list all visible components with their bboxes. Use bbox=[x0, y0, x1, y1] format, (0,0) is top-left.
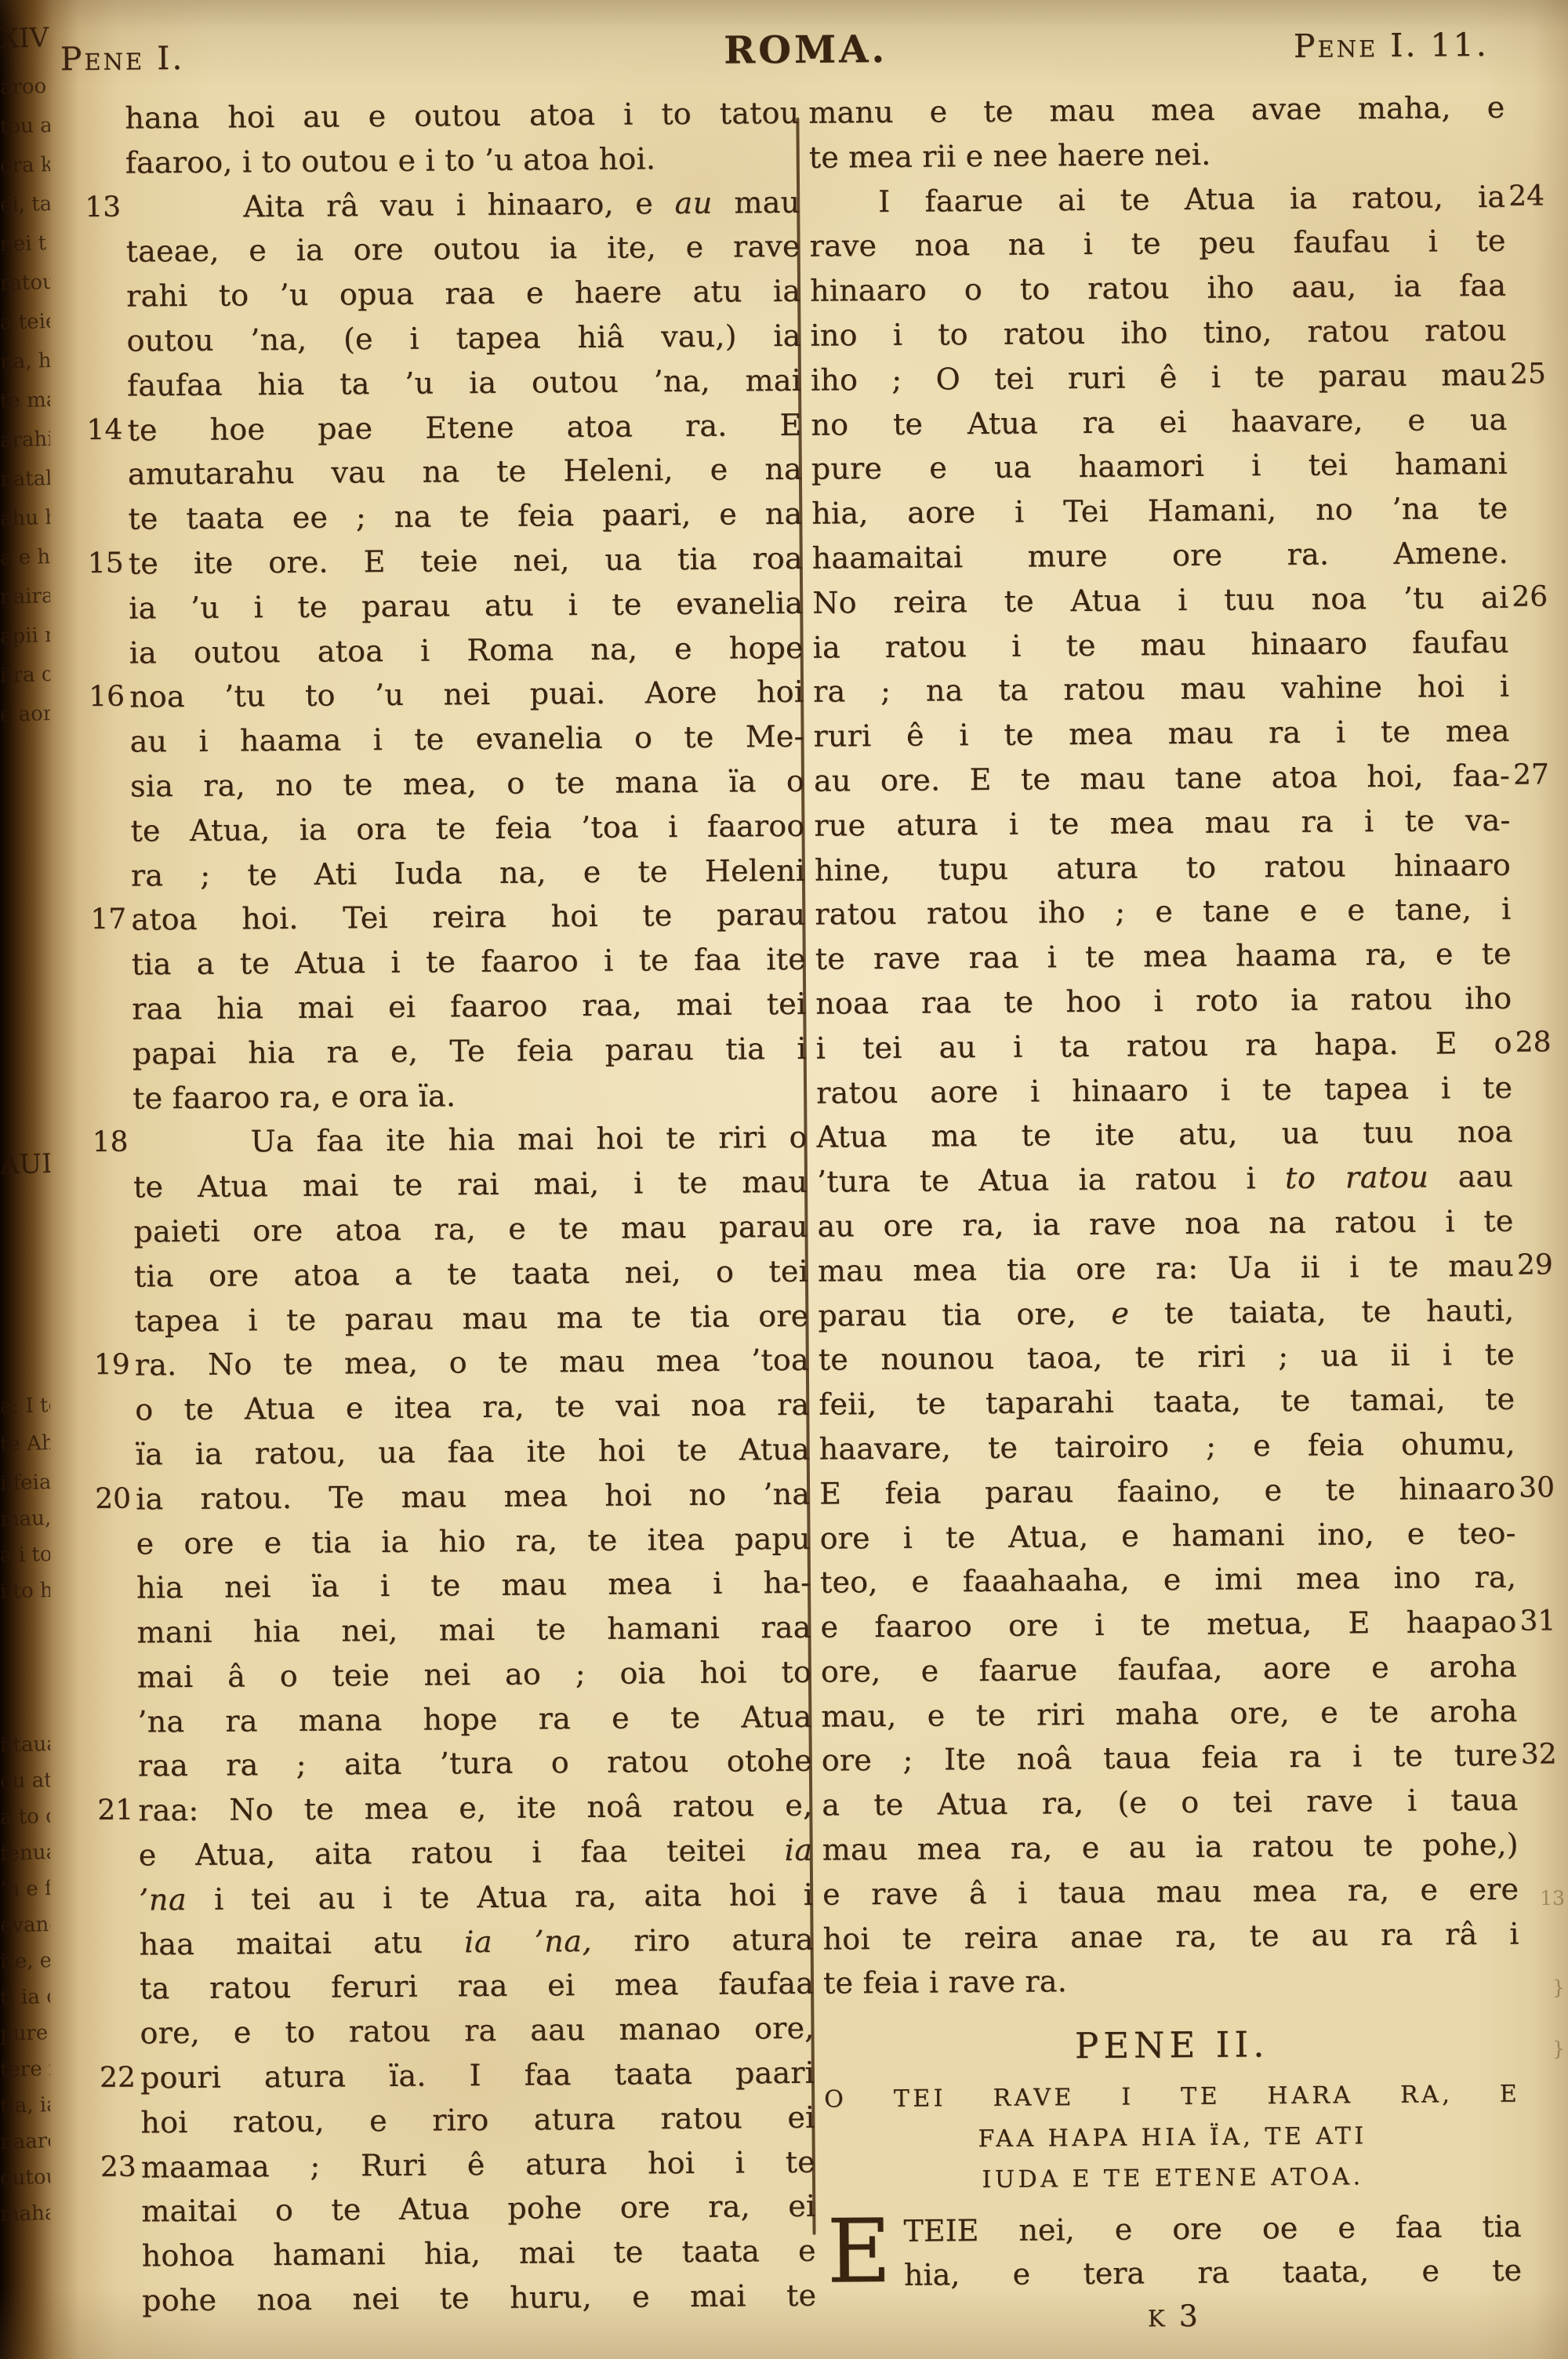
verse-line: au i haama i te evanelia o te Me- bbox=[129, 714, 804, 765]
verse-line: raa hia mai ei faaroo raa, mai tei bbox=[132, 982, 806, 1032]
verse-text: hinaaro o to ratou iho aau, ia faa bbox=[810, 264, 1506, 314]
verse-number: 29 bbox=[1517, 1243, 1564, 1288]
verse-text: o te Atua e itea ra, te vai noa ra bbox=[135, 1383, 809, 1433]
verse-line: taeae, e ia ore outou ia ite, e rave bbox=[125, 224, 800, 274]
verse-number: 28 bbox=[1515, 1020, 1562, 1065]
verse-line: hoi ratou, e riro atura ratou ei bbox=[140, 2095, 815, 2146]
verse-number: 23 bbox=[100, 2145, 140, 2190]
verse-line: hia nei ïa i te mau mea i ha- bbox=[136, 1561, 811, 1611]
verse-text: ia outou atoa i Roma na, e hope bbox=[129, 625, 803, 675]
verse-text: I faarue ai te Atua ia ratou, ia bbox=[809, 174, 1505, 224]
running-head-book-title: ROMA. bbox=[688, 27, 923, 73]
verse-line: ia ’u i te parau atu i te evanelia bbox=[129, 581, 803, 631]
verse-line: e Atua, aita ratou i faa teitei ia bbox=[139, 1828, 813, 1878]
verse-text: ra. No te mea, o te mau mea ’toa bbox=[135, 1338, 809, 1388]
verse-text: mai â o teie nei ao ; oia hoi to bbox=[137, 1650, 811, 1700]
verse-text: maitai o te Atua pohe ore ra, ei bbox=[141, 2184, 815, 2234]
verse-line: ia ratou i te mau hinaaro faufau bbox=[812, 620, 1508, 670]
verse-line: ratou aore i hinaaro i te tapea i te bbox=[816, 1065, 1512, 1115]
verse-text: haamaitai mure ore ra. Amene. bbox=[812, 531, 1508, 581]
verse-number: 32 bbox=[1521, 1733, 1568, 1778]
chapter-summary-line: O TEI RAVE I TE HARA RA, E bbox=[824, 2074, 1520, 2121]
verse-text: rave noa na i te peu faufau i te bbox=[809, 219, 1505, 269]
verse-text: te faaroo ra, e ora ïa. bbox=[132, 1070, 807, 1121]
verse-line: haamaitai mure ore ra. Amene. bbox=[812, 531, 1508, 581]
verse-line: outou ’na, (e i tapea hiâ vau,) ia bbox=[126, 314, 800, 364]
verse-text: te taata ee ; na te feia paari, e na bbox=[128, 492, 802, 542]
verse-text: ore ; Ite noâ taua feia ra i te ture bbox=[822, 1733, 1518, 1783]
verse-text: ratou ratou iho ; e tane e e tane, i bbox=[815, 887, 1511, 937]
verse-line: o te Atua e itea ra, te vai noa ra bbox=[135, 1383, 809, 1433]
verse-line: 29mau mea tia ore ra: Ua ii i te mau bbox=[818, 1243, 1514, 1293]
verse-text: te Atua mai te rai mai, i te mau bbox=[133, 1160, 808, 1210]
verse-text: hoi ratou, e riro atura ratou ei bbox=[140, 2095, 815, 2146]
verse-line: ïa ia ratou, ua faa ite hoi te Atua bbox=[136, 1427, 810, 1478]
verse-text: taeae, e ia ore outou ia ite, e rave bbox=[125, 224, 800, 274]
verse-text: mau mea ra, e au ia ratou te pohe,) bbox=[822, 1823, 1518, 1873]
verse-line: 27au ore. E te mau tane atoa hoi, faa- bbox=[814, 754, 1510, 804]
verse-line: te Atua mai te rai mai, i te mau bbox=[133, 1160, 808, 1210]
verse-text: ore, e faarue faufaa, aore e aroha bbox=[821, 1645, 1517, 1695]
verse-text: ore, e to ratou ra aau manao ore, bbox=[140, 2006, 814, 2056]
verse-line: noaa raa te hoo i roto ia ratou iho bbox=[815, 976, 1512, 1027]
verse-line: 13Aita râ vau i hinaaro, e au mau bbox=[125, 180, 800, 230]
verse-number: 15 bbox=[88, 542, 127, 587]
verse-line: 14te hoe pae Etene atoa ra. E bbox=[127, 402, 801, 453]
verse-text: amutarahu vau na te Heleni, e na bbox=[128, 447, 802, 497]
verse-text: e faaroo ore i te metua, E haapao bbox=[820, 1600, 1516, 1650]
verse-line: faaroo, i to outou e i to ’u atoa hoi. bbox=[125, 136, 800, 186]
verse-line: faufaa hia ta ’u ia outou ’na, mai bbox=[127, 358, 801, 409]
verse-line: 21raa: No te mea e, ite noâ ratou e, bbox=[138, 1783, 812, 1834]
verse-text: noa ’tu to ’u nei puai. Aore hoi bbox=[129, 670, 804, 720]
verse-text: te ite ore. E teie nei, ua tia roa bbox=[129, 536, 803, 587]
verse-text: hoi te reira anae ra, te au ra râ i bbox=[822, 1911, 1519, 1961]
page-content: Pene I. ROMA. Pene I. 11. hana hoi au e … bbox=[0, 0, 1568, 2359]
running-head-chapter-left: Pene I. bbox=[60, 39, 185, 78]
verse-text: mau mea tia ore ra: Ua ii i te mau bbox=[818, 1243, 1514, 1293]
verse-text: ia ’u i te parau atu i te evanelia bbox=[129, 581, 803, 631]
verse-line: 22pouri atura ïa. I faa taata paari bbox=[140, 2051, 815, 2101]
verse-line: ra ; te Ati Iuda na, e te Heleni bbox=[131, 848, 805, 898]
verse-number: 22 bbox=[100, 2056, 139, 2101]
right-column-lines: manu e te mau mea avae maha, ete mea rii… bbox=[808, 85, 1519, 2006]
verse-text: mani hia nei, mai te hamani raa bbox=[136, 1605, 811, 1656]
verse-text: a te Atua ra, (e o tei rave i taua bbox=[822, 1778, 1518, 1828]
verse-line: 17atoa hoi. Tei reira hoi te parau bbox=[131, 892, 805, 943]
verse-line: hia, aore i Tei Hamani, no ’na te bbox=[811, 486, 1508, 536]
verse-text: ïa ia ratou, ua faa ite hoi te Atua bbox=[136, 1427, 810, 1478]
verse-line: mau mea ra, e au ia ratou te pohe,) bbox=[822, 1823, 1518, 1873]
verse-line: mau, e te riri maha ore, e te aroha bbox=[821, 1688, 1517, 1739]
verse-text: hia nei ïa i te mau mea i ha- bbox=[136, 1561, 811, 1611]
verse-text: ia ratou. Te mau mea hoi no ’na bbox=[136, 1471, 810, 1521]
verse-number: 25 bbox=[1510, 352, 1557, 397]
verse-line: 31e faaroo ore i te metua, E haapao bbox=[820, 1600, 1516, 1650]
verse-text: rue atura i te mea mau ra i te va- bbox=[814, 798, 1510, 848]
verse-line: ino i to ratou iho tino, ratou ratou bbox=[810, 308, 1506, 358]
verse-line: te Atua, ia ora te feia ’toa i faaroo bbox=[130, 804, 804, 854]
verse-line: raa ra ; aita ’tura o ratou otohe bbox=[138, 1739, 812, 1789]
verse-line: manu e te mau mea avae maha, e bbox=[808, 85, 1504, 136]
verse-number: 24 bbox=[1508, 174, 1555, 219]
verse-line: tia ore atoa a te taata nei, o tei bbox=[134, 1249, 808, 1299]
verse-text: ratou aore i hinaaro i te tapea i te bbox=[816, 1065, 1512, 1115]
verse-text: haavare, te tairoiro ; e feia ohumu, bbox=[818, 1422, 1515, 1472]
chapter-two-heading: PENE II. bbox=[823, 2019, 1519, 2072]
verse-text: ia ratou i te mau hinaaro faufau bbox=[812, 620, 1508, 670]
verse-line: tapea i te parau mau ma te tia ore bbox=[134, 1293, 808, 1343]
verse-text: pure e ua haamori i tei hamani bbox=[811, 442, 1508, 492]
verse-text: i tei au i ta ratou ra hapa. E o bbox=[815, 1020, 1512, 1070]
verse-text: au i haama i te evanelia o te Me- bbox=[129, 714, 804, 765]
verse-line: ia outou atoa i Roma na, e hope bbox=[129, 625, 803, 675]
verse-line: no te Atua ra ei haavare, e ua bbox=[811, 397, 1507, 447]
verse-text: tapea i te parau mau ma te tia ore bbox=[134, 1293, 808, 1343]
verse-text: te feia i rave ra. bbox=[823, 1956, 1519, 2006]
verse-line: 20ia ratou. Te mau mea hoi no ’na bbox=[136, 1471, 810, 1521]
verse-line: ruri ê i te mea mau ra i te mea bbox=[813, 709, 1509, 759]
verse-text: ’tura te Atua ia ratou i to ratou aau bbox=[817, 1154, 1513, 1205]
left-column: hana hoi au e outou atoa i to tatoufaaro… bbox=[125, 91, 816, 2324]
verse-number: 16 bbox=[89, 675, 128, 720]
verse-text: paieti ore atoa ra, e te mau parau bbox=[133, 1205, 808, 1255]
verse-line: ore, e to ratou ra aau manao ore, bbox=[140, 2006, 814, 2056]
verse-line: parau tia ore, e te taiata, te hauti, bbox=[818, 1288, 1514, 1338]
verse-line: 19ra. No te mea, o te mau mea ’toa bbox=[135, 1338, 809, 1388]
verse-line: te faaroo ra, e ora ïa. bbox=[132, 1070, 807, 1121]
verse-number: 13 bbox=[85, 185, 124, 230]
verse-text: sia ra, no te mea, o te mana ïa o bbox=[130, 759, 804, 809]
verse-number: 19 bbox=[94, 1343, 133, 1388]
verse-line: 25iho ; O tei ruri ê i te parau mau bbox=[811, 353, 1507, 403]
verse-text: manu e te mau mea avae maha, e bbox=[808, 85, 1504, 136]
verse-text: au ore ra, ia rave noa na ratou i te bbox=[817, 1199, 1513, 1249]
verse-text: raa: No te mea e, ite noâ ratou e, bbox=[138, 1783, 812, 1834]
verse-line: e ore e tia ia hio ra, te itea papu bbox=[136, 1516, 810, 1566]
verse-text: hine, tupu atura to ratou hinaaro bbox=[815, 842, 1511, 892]
verse-text: teo, e faaahaaha, e imi mea ino ra, bbox=[820, 1555, 1516, 1605]
right-column: manu e te mau mea avae maha, ete mea rii… bbox=[808, 85, 1522, 2339]
verse-text: e rave â i taua mau mea ra, e ere bbox=[822, 1867, 1519, 1917]
verse-number: 20 bbox=[95, 1477, 134, 1521]
verse-text: pohe noa nei te huru, e mai te bbox=[142, 2274, 816, 2324]
verse-text: ta ratou feruri raa ei mea faufaa bbox=[140, 1961, 814, 2012]
verse-line: hoi te reira anae ra, te au ra râ i bbox=[822, 1911, 1519, 1961]
verse-line: ’na i tei au i te Atua ra, aita hoi i bbox=[139, 1873, 813, 1923]
verse-line: pure e ua haamori i tei hamani bbox=[811, 442, 1508, 492]
verse-text: tia ore atoa a te taata nei, o tei bbox=[134, 1249, 808, 1299]
verse-text: te Atua, ia ora te feia ’toa i faaroo bbox=[130, 804, 804, 854]
verse-line: hinaaro o to ratou iho aau, ia faa bbox=[810, 264, 1506, 314]
page-edge-mark: } bbox=[1552, 1976, 1565, 1999]
verse-number: 31 bbox=[1519, 1599, 1566, 1644]
verse-line: teo, e faaahaaha, e imi mea ino ra, bbox=[820, 1555, 1516, 1605]
verse-text: ra ; te Ati Iuda na, e te Heleni bbox=[131, 848, 805, 898]
verse-text: mau, e te riri maha ore, e te aroha bbox=[821, 1688, 1517, 1739]
verse-line: ra ; na ta ratou mau vahine hoi i bbox=[813, 664, 1509, 714]
verse-text: e Atua, aita ratou i faa teitei ia bbox=[139, 1828, 813, 1878]
verse-number: 21 bbox=[97, 1789, 136, 1834]
verse-line: ’na ra mana hope ra e te Atua bbox=[137, 1694, 811, 1744]
verse-line: te nounou taoa, te riri ; ua ii i te bbox=[818, 1332, 1515, 1383]
verse-text: e ore e tia ia hio ra, te itea papu bbox=[136, 1516, 810, 1566]
verse-text: Atua ma te ite atu, ua tuu noa bbox=[816, 1110, 1512, 1160]
verse-text: No reira te Atua i tuu noa ’tu ai bbox=[812, 575, 1508, 625]
verse-line: te taata ee ; na te feia paari, e na bbox=[128, 492, 802, 542]
verse-text: ’na ra mana hope ra e te Atua bbox=[137, 1694, 811, 1744]
verse-number: 26 bbox=[1512, 575, 1559, 620]
drop-cap-letter: E bbox=[826, 2214, 891, 2290]
verse-line: ore, e faarue faufaa, aore e aroha bbox=[821, 1645, 1517, 1695]
page-edge-mark: 13 bbox=[1540, 1887, 1565, 1910]
verse-text: maamaa ; Ruri ê atura hoi i te bbox=[141, 2139, 815, 2190]
verse-text: ’na i tei au i te Atua ra, aita hoi i bbox=[139, 1873, 813, 1923]
verse-line: pohe noa nei te huru, e mai te bbox=[142, 2274, 816, 2324]
verse-line: ta ratou feruri raa ei mea faufaa bbox=[140, 1961, 814, 2012]
verse-text: raa hia mai ei faaroo raa, mai tei bbox=[132, 982, 806, 1032]
verse-text: ra ; na ta ratou mau vahine hoi i bbox=[813, 664, 1509, 714]
verse-line: a te Atua ra, (e o tei rave i taua bbox=[822, 1778, 1518, 1828]
opening-line: hia, e tera ra taata, e te bbox=[904, 2248, 1522, 2297]
opening-line: TEIE nei, e ore oe e faa tia bbox=[903, 2205, 1521, 2253]
verse-text: ino i to ratou iho tino, ratou ratou bbox=[810, 308, 1506, 358]
verse-line: 23maamaa ; Ruri ê atura hoi i te bbox=[141, 2139, 815, 2190]
verse-line: hine, tupu atura to ratou hinaaro bbox=[815, 842, 1511, 892]
verse-text: haa maitai atu ia ’na, riro atura bbox=[139, 1917, 813, 1967]
verse-text: noaa raa te hoo i roto ia ratou iho bbox=[815, 976, 1512, 1027]
verse-line: te mea rii e nee haere nei. bbox=[809, 130, 1505, 180]
verse-text: Ua faa ite hia mai hoi te riri o bbox=[132, 1115, 807, 1165]
verse-text: ore i te Atua, e hamani ino, e teo- bbox=[819, 1510, 1515, 1561]
verse-line: Atua ma te ite atu, ua tuu noa bbox=[816, 1110, 1512, 1160]
verse-line: 32ore ; Ite noâ taua feia ra i te ture bbox=[822, 1733, 1518, 1783]
verse-line: paieti ore atoa ra, e te mau parau bbox=[133, 1205, 808, 1255]
verse-line: hana hoi au e outou atoa i to tatou bbox=[125, 91, 799, 141]
verse-text: feii, te taparahi taata, te tamai, te bbox=[818, 1377, 1515, 1427]
verse-text: hana hoi au e outou atoa i to tatou bbox=[125, 91, 799, 141]
opening-lines: TEIE nei, e ore oe e faa tiahia, e tera … bbox=[903, 2205, 1522, 2297]
verse-text: te mea rii e nee haere nei. bbox=[809, 130, 1505, 180]
verse-text: parau tia ore, e te taiata, te hauti, bbox=[818, 1288, 1514, 1338]
verse-line: ratou ratou iho ; e tane e e tane, i bbox=[815, 887, 1511, 937]
verse-line: 26No reira te Atua i tuu noa ’tu ai bbox=[812, 575, 1508, 625]
verse-line: tia a te Atua i te faaroo i te faa ite bbox=[132, 937, 806, 987]
verse-number: 27 bbox=[1513, 753, 1560, 798]
verse-number: 18 bbox=[92, 1121, 131, 1165]
verse-line: rave noa na i te peu faufau i te bbox=[809, 219, 1505, 269]
verse-number: 14 bbox=[86, 408, 125, 453]
verse-line: au ore ra, ia rave noa na ratou i te bbox=[817, 1199, 1513, 1249]
verse-text: tia a te Atua i te faaroo i te faa ite bbox=[132, 937, 806, 987]
verse-text: Aita râ vau i hinaaro, e au mau bbox=[125, 180, 800, 230]
verse-number: 17 bbox=[90, 898, 129, 943]
signature-mark: K 3 bbox=[826, 2295, 1522, 2339]
verse-line: hohoa hamani hia, mai te taata e bbox=[142, 2229, 816, 2279]
verse-line: sia ra, no te mea, o te mana ïa o bbox=[130, 759, 804, 809]
verse-text: hohoa hamani hia, mai te taata e bbox=[142, 2229, 816, 2279]
verse-line: 16noa ’tu to ’u nei puai. Aore hoi bbox=[129, 670, 804, 720]
book-page-scan: XIVaroo htou agora kei, talnei tratou, i… bbox=[0, 0, 1568, 2359]
verse-text: no te Atua ra ei haavare, e ua bbox=[811, 397, 1507, 447]
page-edge-mark: } bbox=[1552, 2037, 1565, 2060]
verse-line: haavare, te tairoiro ; e feia ohumu, bbox=[818, 1422, 1515, 1472]
verse-line: maitai o te Atua pohe ore ra, ei bbox=[141, 2184, 815, 2234]
chapter-two-summary: O TEI RAVE I TE HARA RA, EFAA HAPA HIA Ï… bbox=[824, 2074, 1521, 2202]
verse-line: 24I faarue ai te Atua ia ratou, ia bbox=[809, 174, 1505, 224]
verse-line: 30E feia parau faaino, e te hinaaro bbox=[819, 1466, 1515, 1516]
verse-line: mani hia nei, mai te hamani raa bbox=[136, 1605, 811, 1656]
verse-line: amutarahu vau na te Heleni, e na bbox=[128, 447, 802, 497]
verse-text: te nounou taoa, te riri ; ua ii i te bbox=[818, 1332, 1515, 1383]
verse-number: 30 bbox=[1519, 1466, 1566, 1510]
verse-text: ruri ê i te mea mau ra i te mea bbox=[813, 709, 1509, 759]
verse-line: ore i te Atua, e hamani ino, e teo- bbox=[819, 1510, 1515, 1561]
verse-text: raa ra ; aita ’tura o ratou otohe bbox=[138, 1739, 812, 1789]
chapter-two-opening-paragraph: E TEIE nei, e ore oe e faa tiahia, e ter… bbox=[825, 2205, 1522, 2298]
verse-line: e rave â i taua mau mea ra, e ere bbox=[822, 1867, 1519, 1917]
running-head-chapter-right: Pene I. 11. bbox=[1294, 26, 1489, 65]
chapter-summary-line: FAA HAPA HIA ÏA, TE ATI bbox=[824, 2115, 1520, 2161]
verse-text: faaroo, i to outou e i to ’u atoa hoi. bbox=[125, 136, 800, 186]
verse-text: papai hia ra e, Te feia parau tia i bbox=[132, 1027, 806, 1077]
verse-line: 15te ite ore. E teie nei, ua tia roa bbox=[129, 536, 803, 587]
verse-text: faufaa hia ta ’u ia outou ’na, mai bbox=[127, 358, 801, 409]
verse-line: rahi to ’u opua raa e haere atu ia bbox=[126, 269, 800, 319]
verse-line: mai â o teie nei ao ; oia hoi to bbox=[137, 1650, 811, 1700]
verse-text: te rave raa i te mea haama ra, e te bbox=[815, 932, 1512, 982]
verse-text: pouri atura ïa. I faa taata paari bbox=[140, 2051, 815, 2101]
verse-line: haa maitai atu ia ’na, riro atura bbox=[139, 1917, 813, 1967]
verse-text: te hoe pae Etene atoa ra. E bbox=[127, 402, 801, 453]
verse-line: te rave raa i te mea haama ra, e te bbox=[815, 932, 1512, 982]
chapter-summary-line: IUDA E TE ETENE ATOA. bbox=[825, 2156, 1521, 2202]
verse-line: te feia i rave ra. bbox=[823, 1956, 1519, 2006]
verse-line: 18Ua faa ite hia mai hoi te riri o bbox=[132, 1115, 807, 1165]
verse-line: 28i tei au i ta ratou ra hapa. E o bbox=[815, 1020, 1512, 1070]
verse-line: ’tura te Atua ia ratou i to ratou aau bbox=[817, 1154, 1513, 1205]
verse-line: rue atura i te mea mau ra i te va- bbox=[814, 798, 1510, 848]
verse-text: atoa hoi. Tei reira hoi te parau bbox=[131, 892, 805, 943]
verse-text: E feia parau faaino, e te hinaaro bbox=[819, 1466, 1515, 1516]
verse-line: papai hia ra e, Te feia parau tia i bbox=[132, 1027, 806, 1077]
verse-text: hia, aore i Tei Hamani, no ’na te bbox=[811, 486, 1508, 536]
verse-text: iho ; O tei ruri ê i te parau mau bbox=[811, 353, 1507, 403]
verse-text: outou ’na, (e i tapea hiâ vau,) ia bbox=[126, 314, 800, 364]
verse-line: feii, te taparahi taata, te tamai, te bbox=[818, 1377, 1515, 1427]
verse-text: au ore. E te mau tane atoa hoi, faa- bbox=[814, 754, 1510, 804]
verse-text: rahi to ’u opua raa e haere atu ia bbox=[126, 269, 800, 319]
